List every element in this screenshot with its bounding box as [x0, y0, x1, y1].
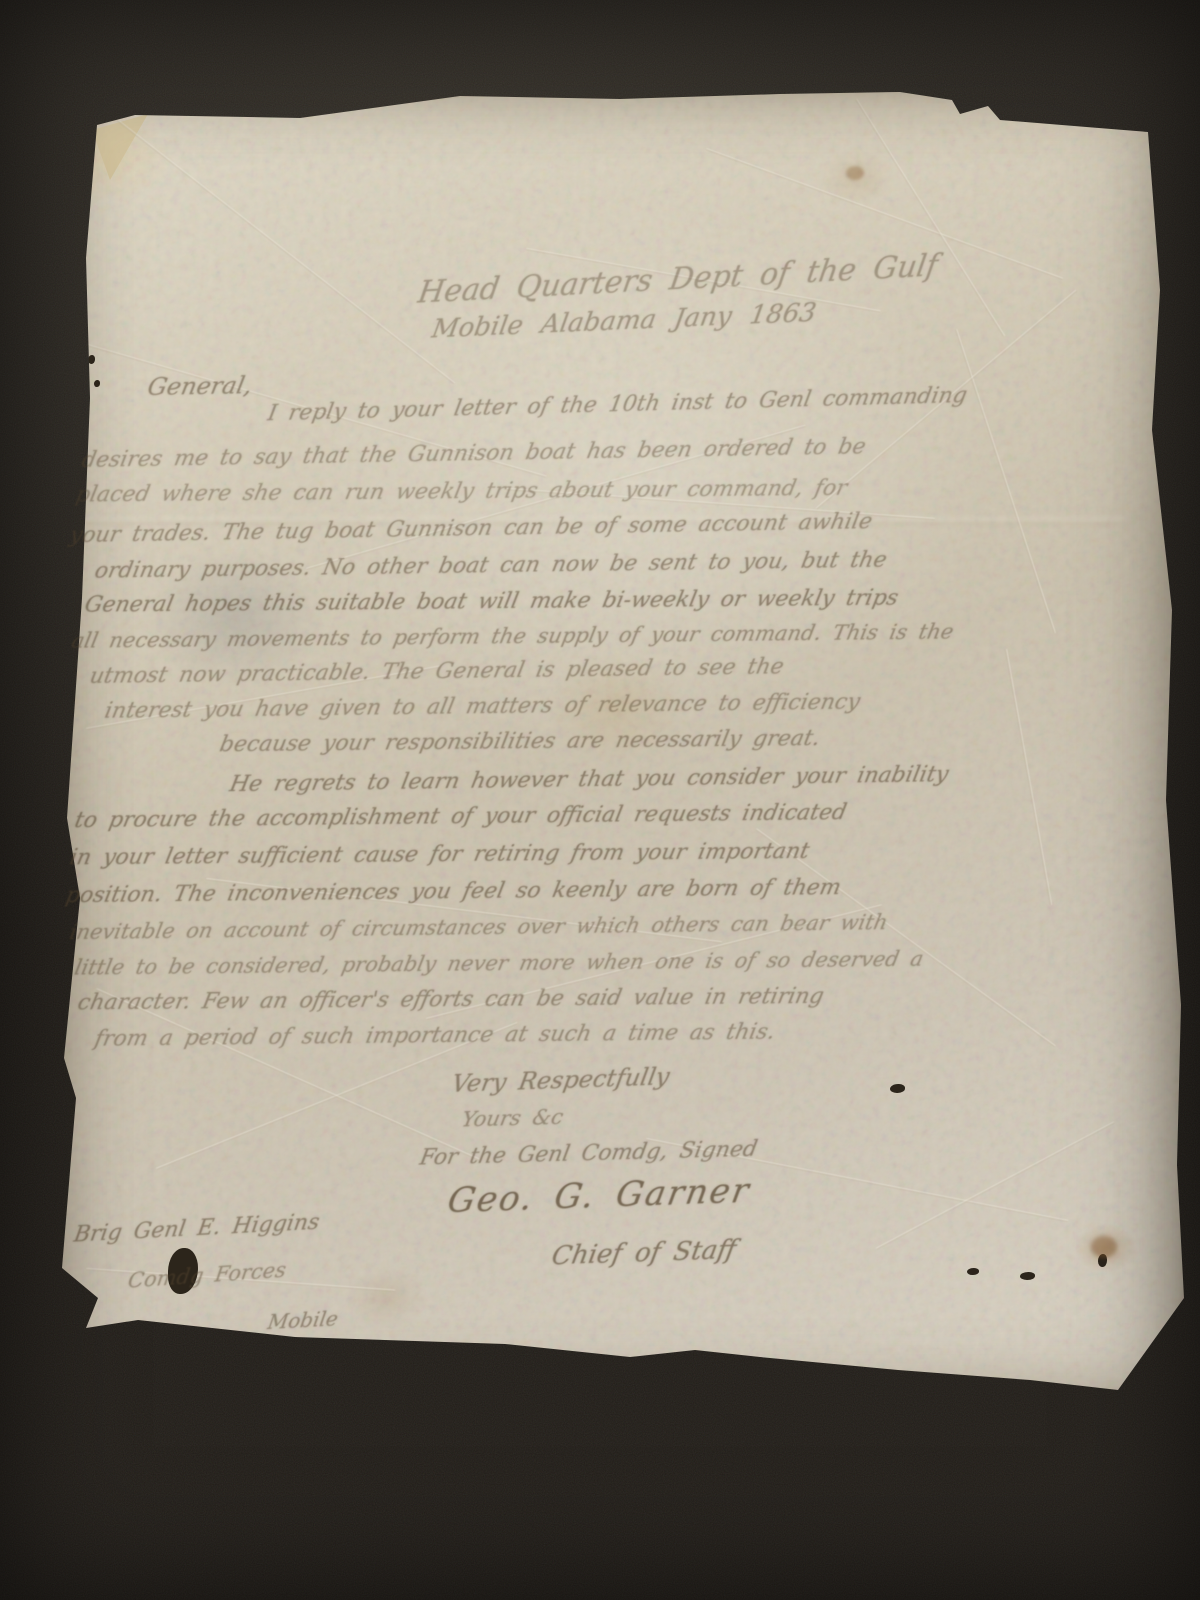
body-line: from a period of such importance at such… — [92, 1019, 777, 1051]
body-line: inevitable on account of circumstances o… — [68, 910, 890, 944]
body-line: character. Few an officer's efforts can … — [75, 984, 826, 1016]
body-line: placed where she can run weekly trips ab… — [73, 476, 849, 508]
addressee-line: Mobile — [266, 1306, 340, 1334]
photo-of-letter: Head Quarters Dept of the GulfMobile Ala… — [0, 0, 1200, 1600]
closing-line: For the Genl Comdg, Signed — [418, 1137, 760, 1171]
body-line: all necessary movements to perform the s… — [70, 619, 956, 652]
addressee-line: Comdg Forces — [126, 1257, 287, 1292]
salutation: General, — [145, 371, 255, 401]
body-line: He regrets to learn however that you con… — [228, 762, 951, 797]
body-line: desires me to say that the Gunnison boat… — [80, 434, 868, 473]
body-line: utmost now practicable. The General is p… — [88, 654, 787, 689]
heading-line-1: Head Quarters Dept of the Gulf — [416, 248, 941, 311]
body-line: because your responsibilities are necess… — [217, 726, 822, 757]
body-line: little to be considered, probably never … — [73, 947, 926, 980]
body-line: position. The inconveniences you feel so… — [63, 875, 843, 908]
body-line: to procure the accomplishment of your of… — [72, 800, 848, 833]
body-line: General hopes this suitable boat will ma… — [82, 585, 900, 617]
body-line: in your letter sufficient cause for reti… — [67, 839, 811, 870]
signature-title: Chief of Staff — [549, 1235, 738, 1272]
addressee-line: Brig Genl E. Higgins — [72, 1209, 321, 1247]
handwriting-layer: Head Quarters Dept of the GulfMobile Ala… — [0, 0, 1200, 1600]
signature: Geo. G. Garner — [445, 1171, 754, 1222]
body-line: interest you have given to all matters o… — [103, 689, 863, 723]
body-line: ordinary purposes. No other boat can now… — [93, 547, 889, 583]
closing-line: Very Respectfully — [450, 1062, 672, 1098]
body-line: your trades. The tug boat Gunnison can b… — [68, 509, 875, 548]
closing-line: Yours &c — [460, 1105, 566, 1132]
body-line: I reply to your letter of the 10th inst … — [266, 383, 969, 426]
